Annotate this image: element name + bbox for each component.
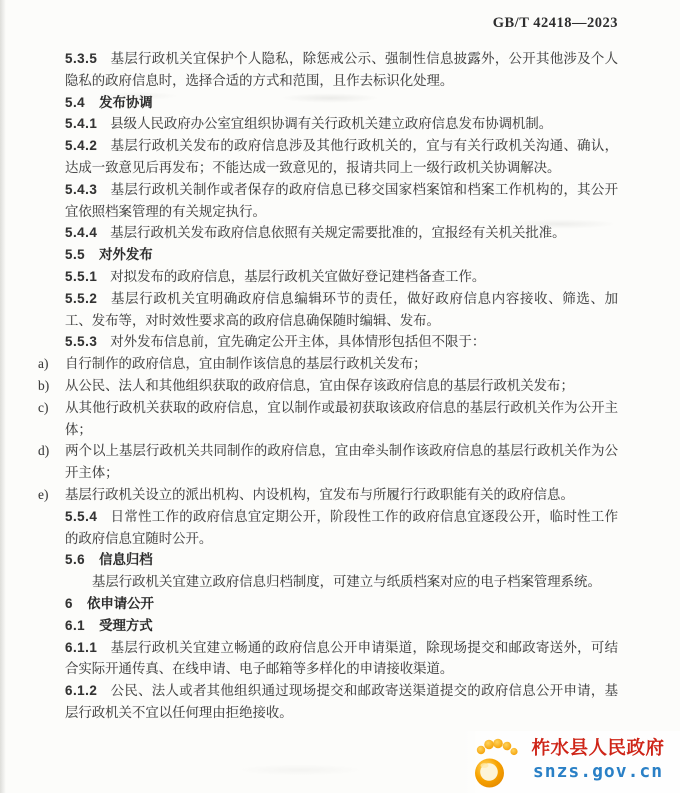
section-number: 5.4 bbox=[65, 95, 85, 110]
chapter-title: 依申请公开 bbox=[87, 596, 154, 611]
list-marker: d) bbox=[38, 440, 65, 462]
clause-number: 5.3.5 bbox=[65, 51, 97, 66]
list-marker: e) bbox=[38, 484, 65, 506]
clause-text: 基层行政机关发布的政府信息涉及其他行政机关的，宜与有关行政机关沟通、确认，达成一… bbox=[65, 138, 618, 175]
list-text: 从公民、法人和其他组织获取的政府信息，宜由保存该政府信息的基层行政机关发布； bbox=[65, 378, 574, 393]
list-text: 自行制作的政府信息，宜由制作该信息的基层行政机关发布； bbox=[65, 356, 427, 371]
watermark-org-name: 柞水县人民政府 bbox=[520, 737, 676, 759]
paw-print-icon bbox=[472, 736, 520, 790]
list-item-e: e)基层行政机关设立的派出机构、内设机构，宜发布与所履行行政职能有关的政府信息。 bbox=[65, 484, 618, 506]
list-item-a: a)自行制作的政府信息，宜由制作该信息的基层行政机关发布； bbox=[65, 353, 618, 375]
section-heading-6.1: 6.1受理方式 bbox=[65, 615, 618, 637]
clause-number: 6.1.1 bbox=[65, 640, 97, 655]
clause-number: 5.4.1 bbox=[65, 116, 97, 131]
clause-6.1.2: 6.1.2公民、法人或者其他组织通过现场提交和邮政寄送渠道提交的政府信息公开申请… bbox=[65, 680, 618, 724]
clause-number: 5.4.4 bbox=[65, 225, 97, 240]
clause-5.4.4: 5.4.4基层行政机关发布政府信息依照有关规定需要批准的，宜报经有关机关批准。 bbox=[65, 222, 618, 244]
watermark-url: snzs.gov.cn bbox=[520, 760, 676, 784]
clause-text: 基层行政机关制作或者保存的政府信息已移交国家档案馆和档案工作机构的，其公开宜依照… bbox=[65, 182, 618, 219]
clause-text: 日常性工作的政府信息宜定期公开，阶段性工作的政府信息宜逐段公开，临时性工作的政府… bbox=[65, 509, 618, 546]
section-title: 信息归档 bbox=[99, 552, 153, 567]
list-text: 从其他行政机关获取的政府信息，宜以制作或最初获取该政府信息的基层行政机关作为公开… bbox=[65, 400, 618, 437]
clause-text: 公民、法人或者其他组织通过现场提交和邮政寄送渠道提交的政府信息公开申请，基层行政… bbox=[65, 683, 618, 720]
clause-number: 6.1.2 bbox=[65, 683, 97, 698]
list-marker: c) bbox=[38, 397, 65, 419]
clause-number: 5.5.1 bbox=[65, 269, 97, 284]
clause-text: 基层行政机关发布政府信息依照有关规定需要批准的，宜报经有关机关批准。 bbox=[110, 225, 565, 240]
clause-text: 基层行政机关宜明确政府信息编辑环节的责任，做好政府信息内容接收、筛选、加工、发布… bbox=[65, 291, 618, 328]
section-heading-5.4: 5.4发布协调 bbox=[65, 92, 618, 114]
clause-number: 5.5.3 bbox=[65, 334, 97, 349]
clause-text: 县级人民政府办公室宜组织协调有关行政机关建立政府信息发布协调机制。 bbox=[110, 116, 552, 131]
section-number: 6.1 bbox=[65, 618, 85, 633]
section-number: 5.5 bbox=[65, 247, 85, 262]
list-item-c: c)从其他行政机关获取的政府信息，宜以制作或最初获取该政府信息的基层行政机关作为… bbox=[65, 397, 618, 441]
list-text: 两个以上基层行政机关共同制作的政府信息，宜由牵头制作该政府信息的基层行政机关作为… bbox=[65, 443, 618, 480]
section-title: 发布协调 bbox=[99, 95, 153, 110]
document-body: 5.3.5基层行政机关宜保护个人隐私，除惩戒公示、强制性信息披露外，公开其他涉及… bbox=[65, 48, 618, 724]
paragraph-5.6: 基层行政机关宜建立政府信息归档制度，可建立与纸质档案对应的电子档案管理系统。 bbox=[65, 571, 618, 593]
government-watermark: 柞水县人民政府 snzs.gov.cn bbox=[462, 731, 680, 793]
list-marker: a) bbox=[38, 353, 65, 375]
clause-text: 基层行政机关宜保护个人隐私，除惩戒公示、强制性信息披露外，公开其他涉及个人隐私的… bbox=[65, 51, 618, 88]
clause-text: 对拟发布的政府信息，基层行政机关宜做好登记建档备查工作。 bbox=[110, 269, 485, 284]
clause-number: 5.5.4 bbox=[65, 509, 97, 524]
list-item-b: b)从公民、法人和其他组织获取的政府信息，宜由保存该政府信息的基层行政机关发布； bbox=[65, 375, 618, 397]
clause-5.3.5: 5.3.5基层行政机关宜保护个人隐私，除惩戒公示、强制性信息披露外，公开其他涉及… bbox=[65, 48, 618, 92]
clause-number: 5.5.2 bbox=[65, 291, 97, 306]
paragraph-text: 基层行政机关宜建立政府信息归档制度，可建立与纸质档案对应的电子档案管理系统。 bbox=[92, 574, 601, 589]
clause-5.5.1: 5.5.1对拟发布的政府信息，基层行政机关宜做好登记建档备查工作。 bbox=[65, 266, 618, 288]
clause-5.4.1: 5.4.1县级人民政府办公室宜组织协调有关行政机关建立政府信息发布协调机制。 bbox=[65, 113, 618, 135]
chapter-number: 6 bbox=[65, 596, 73, 611]
clause-text: 对外发布信息前，宜先确定公开主体，具体情形包括但不限于： bbox=[110, 334, 485, 349]
list-marker: b) bbox=[38, 375, 65, 397]
clause-text: 基层行政机关宜建立畅通的政府信息公开申请渠道，除现场提交和邮政寄送外，可结合实际… bbox=[65, 640, 618, 677]
clause-5.4.3: 5.4.3基层行政机关制作或者保存的政府信息已移交国家档案馆和档案工作机构的，其… bbox=[65, 179, 618, 223]
document-page: GB/T 42418—2023 5.3.5基层行政机关宜保护个人隐私，除惩戒公示… bbox=[0, 0, 680, 793]
clause-number: 5.4.2 bbox=[65, 138, 97, 153]
section-heading-5.6: 5.6信息归档 bbox=[65, 549, 618, 571]
clause-5.5.3: 5.5.3对外发布信息前，宜先确定公开主体，具体情形包括但不限于： bbox=[65, 331, 618, 353]
clause-5.5.2: 5.5.2基层行政机关宜明确政府信息编辑环节的责任，做好政府信息内容接收、筛选、… bbox=[65, 288, 618, 332]
list-item-d: d)两个以上基层行政机关共同制作的政府信息，宜由牵头制作该政府信息的基层行政机关… bbox=[65, 440, 618, 484]
clause-5.4.2: 5.4.2基层行政机关发布的政府信息涉及其他行政机关的，宜与有关行政机关沟通、确… bbox=[65, 135, 618, 179]
chapter-heading-6: 6依申请公开 bbox=[65, 593, 618, 615]
section-title: 对外发布 bbox=[99, 247, 153, 262]
clause-5.5.4: 5.5.4日常性工作的政府信息宜定期公开，阶段性工作的政府信息宜逐段公开，临时性… bbox=[65, 506, 618, 550]
section-title: 受理方式 bbox=[99, 618, 153, 633]
section-heading-5.5: 5.5对外发布 bbox=[65, 244, 618, 266]
clause-number: 5.4.3 bbox=[65, 182, 97, 197]
standard-number-header: GB/T 42418—2023 bbox=[493, 15, 618, 32]
clause-6.1.1: 6.1.1基层行政机关宜建立畅通的政府信息公开申请渠道，除现场提交和邮政寄送外，… bbox=[65, 637, 618, 681]
section-number: 5.6 bbox=[65, 552, 85, 567]
list-text: 基层行政机关设立的派出机构、内设机构，宜发布与所履行行政职能有关的政府信息。 bbox=[65, 487, 574, 502]
